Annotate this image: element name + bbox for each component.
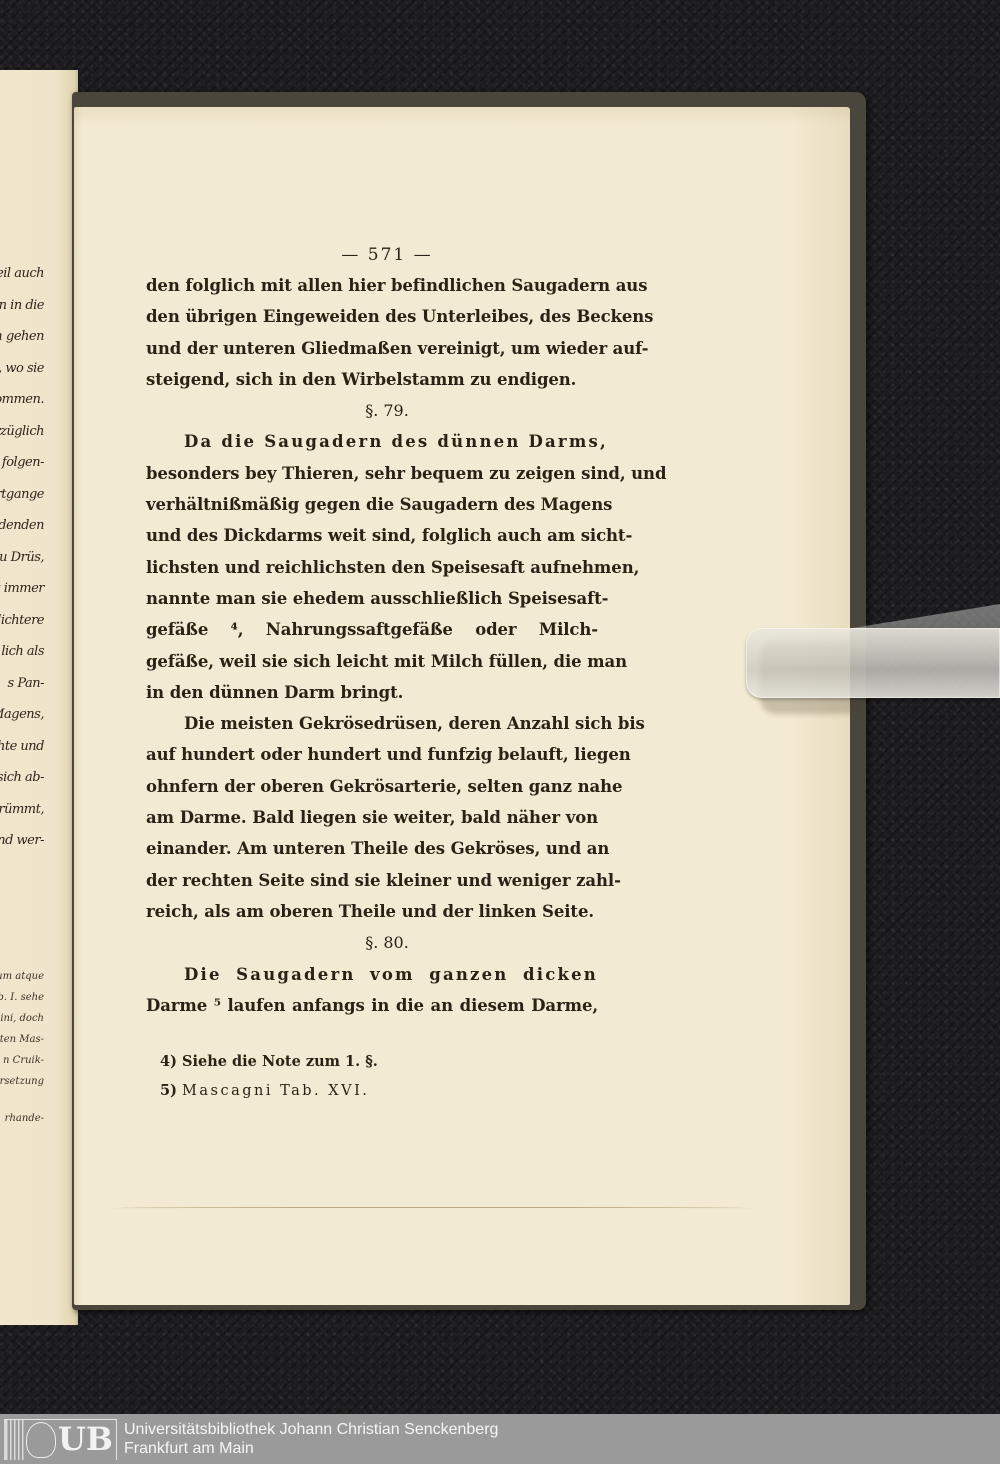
- previous-page-line: chst folgen-: [0, 447, 44, 479]
- scan-area: Theil auchhen in dieDoch gehensen, wo si…: [0, 0, 1000, 1414]
- text-line: lichsten und reichlichsten den Speisesaf…: [146, 552, 598, 583]
- text-line: der rechten Seite sind sie kleiner und w…: [146, 865, 598, 896]
- footnote-marker: 5): [160, 1082, 177, 1099]
- page-text: den folglich mit allen hier befindlichen…: [146, 270, 598, 1021]
- text-line: Da die Saugadern des dünnen Darms,: [146, 426, 598, 457]
- ub-logo[interactable]: UB: [0, 1414, 116, 1464]
- library-footer-bar: UB Universitätsbibliothek Johann Christi…: [0, 1414, 1000, 1464]
- page-fold-line: [114, 1207, 750, 1210]
- previous-page-note: n Cruik-: [0, 1050, 44, 1071]
- text-line: den übrigen Eingeweiden des Unterleibes,…: [146, 301, 598, 332]
- previous-page-line: Fortgange: [0, 479, 44, 511]
- previous-page-line: sen, wo sie: [0, 353, 44, 385]
- portrait-icon: [26, 1422, 56, 1458]
- text-line: auf hundert oder hundert und funfzig bel…: [146, 739, 598, 770]
- text-line: gefäße ⁴, Nahrungssaftgefäße oder Milch-: [146, 614, 598, 645]
- previous-page-line: Theil auch: [0, 258, 44, 290]
- previous-page-note: b. I. sehe: [0, 987, 44, 1008]
- previous-page-line: vorzüglich: [0, 416, 44, 448]
- previous-page-line: echte und: [0, 731, 44, 763]
- institution-city: Frankfurt am Main: [124, 1439, 498, 1458]
- previous-page-edge: Theil auchhen in dieDoch gehensen, wo si…: [0, 70, 78, 1325]
- previous-page-note: ten Mas-: [0, 1029, 44, 1050]
- previous-page-line: zu Drüs,: [0, 542, 44, 574]
- text-line: ohnfern der oberen Gekrösarterie, selten…: [146, 771, 598, 802]
- institution-name: Universitätsbibliothek Johann Christian …: [124, 1420, 498, 1439]
- page-number-header: — 571 —: [176, 240, 598, 270]
- previous-page-line: ist immer: [0, 573, 44, 605]
- text-line: und der unteren Gliedmaßen vereinigt, um…: [146, 333, 598, 364]
- book-clip: [746, 628, 1000, 698]
- previous-page-note: rhande-: [0, 1108, 44, 1129]
- previous-page-line: enkommen.: [0, 384, 44, 416]
- previous-page-line: lich als: [0, 636, 44, 668]
- text-line: den folglich mit allen hier befindlichen…: [146, 270, 598, 301]
- text-line: einander. Am unteren Theile des Gekröses…: [146, 833, 598, 864]
- previous-page-line: Doch gehen: [0, 321, 44, 353]
- text-line: am Darme. Bald liegen sie weiter, bald n…: [146, 802, 598, 833]
- logo-pillars-icon: [4, 1420, 24, 1460]
- previous-page-line: krümmt,: [0, 794, 44, 826]
- previous-page-note: um atque: [0, 966, 44, 987]
- text-line: und des Dickdarms weit sind, folglich au…: [146, 520, 598, 551]
- text-line: reich, als am oberen Theile und der link…: [146, 896, 598, 927]
- previous-page-footnotes: um atqueb. I. seheini, dochten Mas-n Cru…: [0, 966, 44, 1129]
- previous-page-note: ini, doch: [0, 1008, 44, 1029]
- logo-text: UB: [58, 1422, 113, 1456]
- footnote-text: Siehe die Note zum 1. §.: [182, 1053, 378, 1070]
- text-line: Die meisten Gekrösedrüsen, deren Anzahl …: [146, 708, 598, 739]
- previous-page-note: bersetzung: [0, 1071, 44, 1092]
- text-line: in den dünnen Darm bringt.: [146, 677, 598, 708]
- previous-page-line: Magens,: [0, 699, 44, 731]
- section-heading: §. 79.: [176, 395, 598, 426]
- text-line: steigend, sich in den Wirbelstamm zu end…: [146, 364, 598, 395]
- footnote: 4) Siehe die Note zum 1. §.: [160, 1047, 378, 1076]
- footnote-marker: 4): [160, 1053, 177, 1070]
- text-line: nannte man sie ehedem ausschließlich Spe…: [146, 583, 598, 614]
- text-line: besonders bey Thieren, sehr bequem zu ze…: [146, 458, 598, 489]
- footnotes: 4) Siehe die Note zum 1. §.5) Mascagni T…: [160, 1047, 378, 1106]
- text-line: Die Saugadern vom ganzen dicken: [146, 959, 598, 990]
- previous-page-line: hen in die: [0, 290, 44, 322]
- previous-page-line: s Pan-: [0, 668, 44, 700]
- previous-page-line: verdenden: [0, 510, 44, 542]
- previous-page-line: sich ab-: [0, 762, 44, 794]
- footnote: 5) Mascagni Tab. XVI.: [160, 1076, 378, 1106]
- section-heading: §. 80.: [176, 927, 598, 958]
- text-line: Darme ⁵ laufen anfangs in die an diesem …: [146, 990, 598, 1021]
- text-line: gefäße, weil sie sich leicht mit Milch f…: [146, 646, 598, 677]
- text-line: verhältnißmäßig gegen die Saugadern des …: [146, 489, 598, 520]
- footnote-text: Mascagni Tab. XVI.: [182, 1083, 369, 1099]
- previous-page-line: und wer-: [0, 825, 44, 857]
- previous-page-line: dichtere: [0, 605, 44, 637]
- institution-info: Universitätsbibliothek Johann Christian …: [124, 1420, 498, 1458]
- previous-page-text: Theil auchhen in dieDoch gehensen, wo si…: [0, 258, 44, 857]
- page-body: — 571 — den folglich mit allen hier befi…: [146, 240, 598, 1021]
